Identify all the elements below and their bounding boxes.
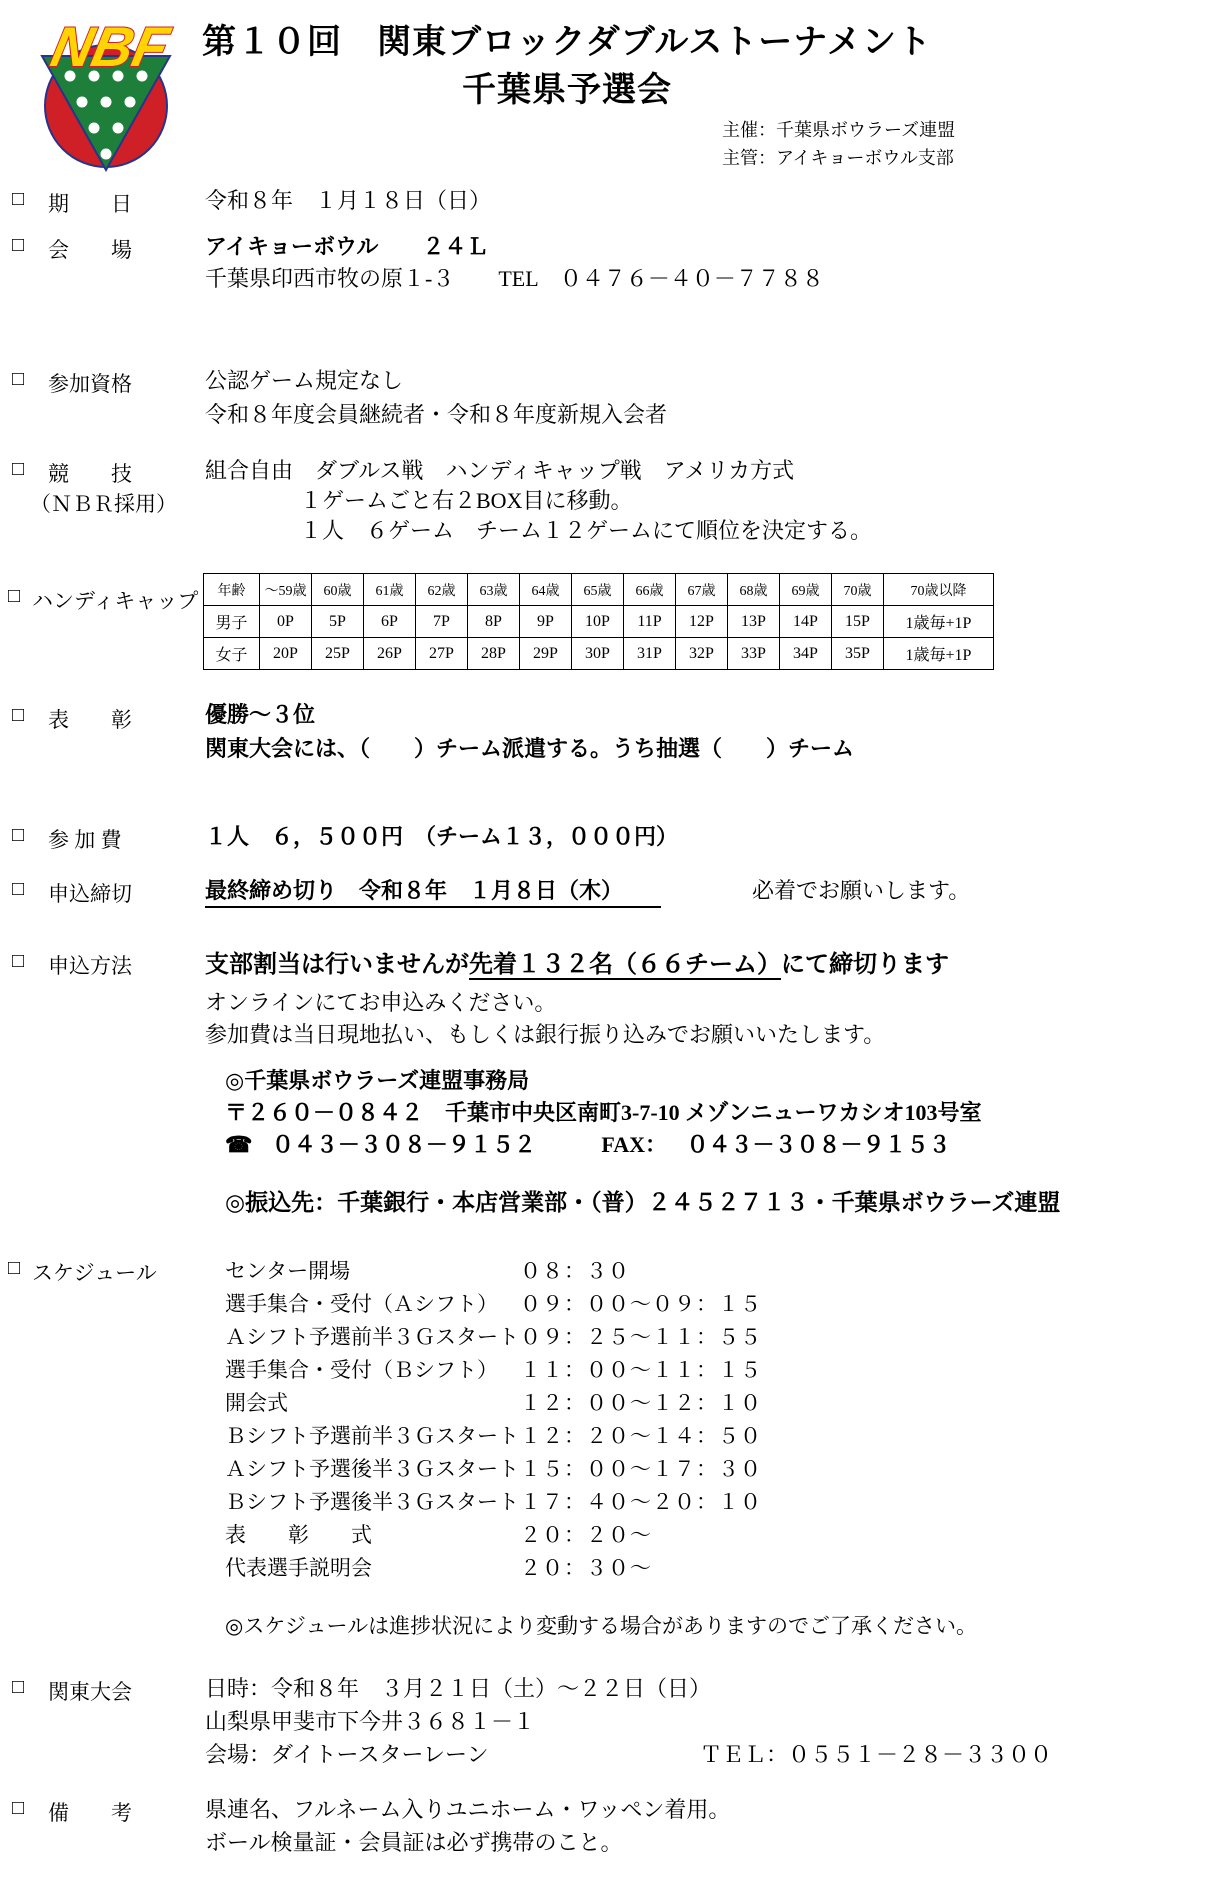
- checkbox-icon: □: [12, 458, 24, 481]
- schedule-row: 代表選手説明会 ２０：３０～: [225, 1552, 652, 1582]
- handicap-cell: 31P: [624, 638, 676, 670]
- handicap-cell: 34P: [780, 638, 832, 670]
- handicap-cell: 62歳: [416, 574, 468, 606]
- section-fee-label: 参 加 費: [48, 824, 122, 854]
- schedule-item-time: １１：００～１１：１５: [520, 1354, 762, 1384]
- handicap-cell: 8P: [468, 606, 520, 638]
- checkbox-icon: □: [8, 585, 20, 608]
- venue-address: 千葉県印西市牧の原１‐３ TEL ０４７６－４０－７７８８: [205, 264, 824, 294]
- handicap-cell: 69歳: [780, 574, 832, 606]
- schedule-item-name: Ｂシフト予選後半３Ｇスタート: [225, 1486, 520, 1516]
- competition-sublabel: （ＮＢＲ採用）: [30, 488, 177, 518]
- application-headline-underlined: 先着１３２名（６６チーム）: [469, 952, 781, 980]
- office-contact-line: ☎ ０４３－３０８－９１５２ FAX： ０４３－３０８－９１５３: [225, 1130, 951, 1160]
- section-competition-label: 競 技: [48, 458, 132, 488]
- handicap-cell: 67歳: [676, 574, 728, 606]
- handicap-cell: 35P: [832, 638, 884, 670]
- handicap-cell: 9P: [520, 606, 572, 638]
- checkbox-icon: □: [12, 824, 24, 847]
- organizer-line: 主催：千葉県ボウラーズ連盟: [722, 116, 955, 144]
- schedule-item-name: 表 彰 式: [225, 1519, 520, 1549]
- schedule-item-time: １５：００～１７：３０: [520, 1453, 762, 1483]
- handicap-cell: 年齢: [204, 574, 260, 606]
- notes-line2: ボール検量証・会員証は必ず携帯のこと。: [205, 1828, 623, 1858]
- section-application-label: 申込方法: [48, 950, 132, 980]
- handicap-cell: 13P: [728, 606, 780, 638]
- competition-line1: 組合自由 ダブルス戦 ハンディキャップ戦 アメリカ方式: [205, 456, 794, 486]
- office-title: ◎千葉県ボウラーズ連盟事務局: [225, 1066, 529, 1096]
- handicap-cell: 25P: [312, 638, 364, 670]
- handicap-cell: 32P: [676, 638, 728, 670]
- handicap-cell: 12P: [676, 606, 728, 638]
- tournament-flyer: { "logo": { "text": "NBF", "circle_color…: [0, 0, 1222, 1882]
- schedule-item-time: １７：４０～２０：１０: [520, 1486, 762, 1516]
- application-line3: 参加費は当日現地払い、もしくは銀行振り込みでお願いいたします。: [205, 1020, 885, 1050]
- handicap-cell: 5P: [312, 606, 364, 638]
- checkbox-icon: □: [12, 878, 24, 901]
- handicap-cell: 33P: [728, 638, 780, 670]
- section-venue-label: 会 場: [48, 234, 132, 264]
- section-handicap-label: ハンディキャップ: [32, 585, 198, 615]
- handicap-cell: 68歳: [728, 574, 780, 606]
- schedule-item-name: 選手集合・受付（Ｂシフト）: [225, 1354, 520, 1384]
- checkbox-icon: □: [12, 1797, 24, 1820]
- handicap-cell: 男子: [204, 606, 260, 638]
- schedule-item-name: 開会式: [225, 1387, 520, 1417]
- handicap-cell: 70歳: [832, 574, 884, 606]
- checkbox-icon: □: [12, 1676, 24, 1699]
- checkbox-icon: □: [12, 368, 24, 391]
- section-awards-label: 表 彰: [48, 704, 132, 734]
- deadline-note: 必着でお願いします。: [752, 876, 970, 906]
- handicap-cell: 11P: [624, 606, 676, 638]
- checkbox-icon: □: [8, 1257, 20, 1280]
- kanto-line1: 日時：令和８年 ３月２１日（土）～２２日（日）: [205, 1674, 711, 1704]
- application-line2: オンラインにてお申込みください。: [205, 988, 556, 1018]
- office-fax-label: FAX：: [601, 1132, 667, 1157]
- bank-transfer-line: ◎振込先：千葉銀行・本店営業部・（普）２４５２７１３・千葉県ボウラーズ連盟: [225, 1184, 1060, 1217]
- schedule-row: 表 彰 式 ２０：２０～: [225, 1519, 652, 1549]
- schedule-row: 選手集合・受付（Ａシフト） ０９：００～０９：１５: [225, 1288, 762, 1318]
- date-value: 令和８年 １月１８日（日）: [205, 186, 491, 216]
- office-tel: ０４３－３０８－９１５２: [272, 1132, 536, 1157]
- kanto-tel: ＴＥＬ：０５５１－２８－３３００: [700, 1740, 1052, 1770]
- handicap-cell: 65歳: [572, 574, 624, 606]
- schedule-item-name: Ａシフト予選前半３Ｇスタート: [225, 1321, 520, 1351]
- application-headline-pre: 支部割当は行いませんが: [205, 952, 469, 978]
- schedule-item-time: ２０：３０～: [520, 1552, 652, 1582]
- schedule-row: Ａシフト予選前半３Ｇスタート ０９：２５～１１：５５: [225, 1321, 762, 1351]
- schedule-item-time: ２０：２０～: [520, 1519, 652, 1549]
- eligibility-line1: 公認ゲーム規定なし: [205, 366, 403, 396]
- handicap-cell: 0P: [260, 606, 312, 638]
- handicap-cell: 61歳: [364, 574, 416, 606]
- schedule-item-time: ０９：２５～１１：５５: [520, 1321, 762, 1351]
- schedule-item-name: 代表選手説明会: [225, 1552, 520, 1582]
- handicap-cell: 15P: [832, 606, 884, 638]
- schedule-note: ◎スケジュールは進捗状況により変動する場合がありますのでご了承ください。: [225, 1610, 977, 1640]
- handicap-cell: 14P: [780, 606, 832, 638]
- awards-line2: 関東大会には、（ ）チーム派遣する。うち抽選（ ）チーム: [205, 734, 854, 764]
- application-headline-post: にて締切ります: [781, 952, 949, 978]
- page-title-line1: 第１０回 関東ブロックダブルストーナメント: [150, 14, 984, 63]
- handicap-header-row: 年齢 ～59歳 60歳 61歳 62歳 63歳 64歳 65歳 66歳 67歳 …: [204, 574, 994, 606]
- handicap-cell: 女子: [204, 638, 260, 670]
- application-headline: 支部割当は行いませんが先着１３２名（６６チーム）にて締切ります: [205, 944, 949, 979]
- handicap-cell: 1歳毎+1P: [884, 638, 994, 670]
- manager-line: 主管：アイキョーボウル支部: [722, 144, 955, 172]
- handicap-cell: 60歳: [312, 574, 364, 606]
- schedule-item-name: 選手集合・受付（Ａシフト）: [225, 1288, 520, 1318]
- schedule-row: Ｂシフト予選前半３Ｇスタート １２：２０～１４：５０: [225, 1420, 762, 1450]
- competition-line3: １人 ６ゲーム チーム１２ゲームにて順位を決定する。: [300, 516, 872, 546]
- handicap-cell: ～59歳: [260, 574, 312, 606]
- checkbox-icon: □: [12, 704, 24, 727]
- schedule-item-name: Ａシフト予選後半３Ｇスタート: [225, 1453, 520, 1483]
- schedule-row: Ｂシフト予選後半３Ｇスタート １７：４０～２０：１０: [225, 1486, 762, 1516]
- venue-name: アイキョーボウル ２４Ｌ: [205, 232, 488, 262]
- handicap-men-row: 男子 0P 5P 6P 7P 8P 9P 10P 11P 12P 13P 14P…: [204, 606, 994, 638]
- handicap-women-row: 女子 20P 25P 26P 27P 28P 29P 30P 31P 32P 3…: [204, 638, 994, 670]
- checkbox-icon: □: [12, 188, 24, 211]
- handicap-cell: 70歳以降: [884, 574, 994, 606]
- handicap-cell: 64歳: [520, 574, 572, 606]
- office-fax: ０４３－３０８－９１５３: [687, 1132, 951, 1157]
- schedule-row: Ａシフト予選後半３Ｇスタート １５：００～１７：３０: [225, 1453, 762, 1483]
- office-address: 〒２６０－０８４２ 千葉市中央区南町3-7-10 メゾンニューワカシオ103号室: [225, 1098, 982, 1128]
- handicap-cell: 7P: [416, 606, 468, 638]
- schedule-item-time: ０８：３０: [520, 1255, 630, 1285]
- awards-line1: 優勝～３位: [205, 700, 315, 730]
- handicap-cell: 6P: [364, 606, 416, 638]
- section-eligibility-label: 参加資格: [48, 368, 132, 398]
- section-kanto-label: 関東大会: [48, 1676, 132, 1706]
- schedule-item-time: １２：００～１２：１０: [520, 1387, 762, 1417]
- section-deadline-label: 申込締切: [48, 878, 132, 908]
- section-schedule-label: スケジュール: [32, 1257, 157, 1287]
- phone-icon: ☎: [225, 1132, 252, 1157]
- handicap-cell: 1歳毎+1P: [884, 606, 994, 638]
- competition-line2: １ゲームごと右２BOX目に移動。: [300, 486, 632, 516]
- kanto-venue: 会場：ダイトースターレーン: [205, 1740, 489, 1770]
- schedule-row: 開会式 １２：００～１２：１０: [225, 1387, 762, 1417]
- fee-value: １人 ６，５００円 （チーム１３，０００円）: [205, 822, 678, 852]
- handicap-cell: 66歳: [624, 574, 676, 606]
- schedule-row: 選手集合・受付（Ｂシフト） １１：００～１１：１５: [225, 1354, 762, 1384]
- handicap-cell: 10P: [572, 606, 624, 638]
- kanto-line2: 山梨県甲斐市下今井３６８１－１: [205, 1707, 535, 1737]
- schedule-item-name: センター開場: [225, 1255, 520, 1285]
- schedule-item-time: ０９：００～０９：１５: [520, 1288, 762, 1318]
- checkbox-icon: □: [12, 234, 24, 257]
- schedule-row: センター開場 ０８：３０: [225, 1255, 630, 1285]
- handicap-cell: 63歳: [468, 574, 520, 606]
- section-date-label: 期 日: [48, 188, 132, 218]
- handicap-cell: 26P: [364, 638, 416, 670]
- handicap-cell: 29P: [520, 638, 572, 670]
- handicap-cell: 30P: [572, 638, 624, 670]
- deadline-value: 最終締め切り 令和８年 １月８日（木）: [205, 876, 661, 908]
- schedule-item-time: １２：２０～１４：５０: [520, 1420, 762, 1450]
- handicap-table: 年齢 ～59歳 60歳 61歳 62歳 63歳 64歳 65歳 66歳 67歳 …: [203, 573, 994, 670]
- handicap-cell: 20P: [260, 638, 312, 670]
- notes-line1: 県連名、フルネーム入りユニホーム・ワッペン着用。: [205, 1795, 730, 1825]
- section-notes-label: 備 考: [48, 1797, 132, 1827]
- schedule-item-name: Ｂシフト予選前半３Ｇスタート: [225, 1420, 520, 1450]
- checkbox-icon: □: [12, 950, 24, 973]
- page-title-line2: 千葉県予選会: [150, 62, 984, 111]
- handicap-cell: 28P: [468, 638, 520, 670]
- handicap-cell: 27P: [416, 638, 468, 670]
- eligibility-line2: 令和８年度会員継続者・令和８年度新規入会者: [205, 400, 667, 430]
